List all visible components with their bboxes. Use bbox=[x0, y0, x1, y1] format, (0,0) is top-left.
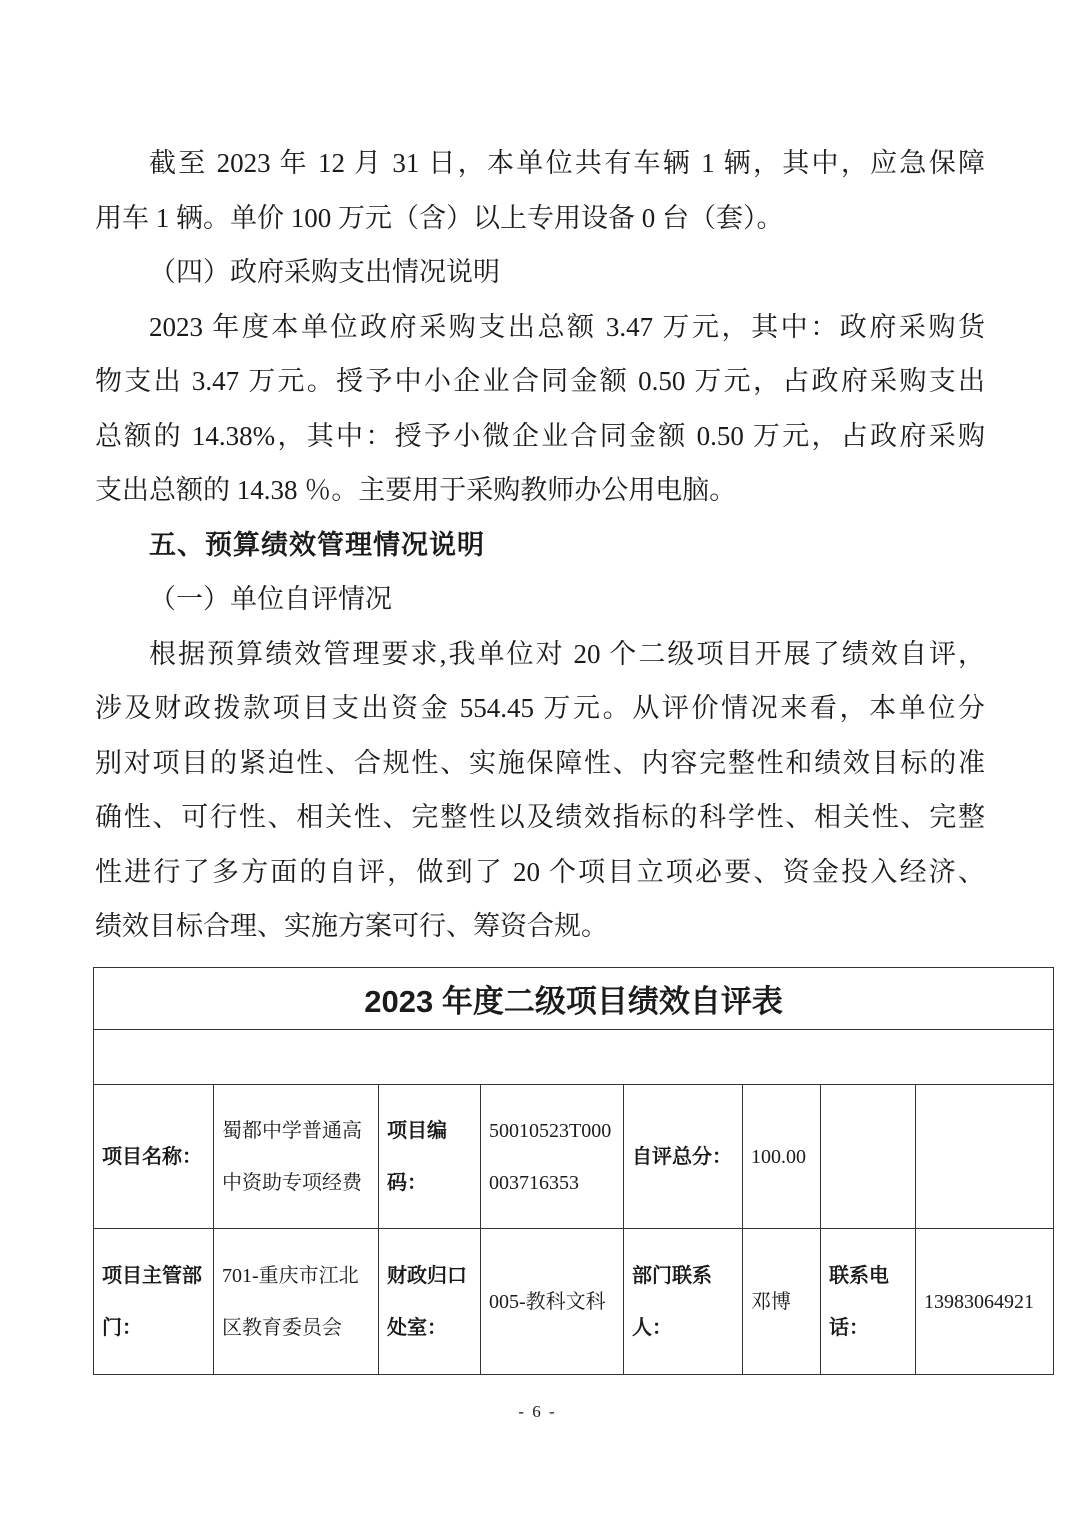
empty-cell bbox=[916, 1085, 1054, 1229]
contact-phone-value: 13983064921 bbox=[916, 1229, 1054, 1375]
project-code-value: 50010523T000003716353 bbox=[481, 1085, 624, 1229]
empty-cell bbox=[821, 1085, 916, 1229]
self-score-value: 100.00 bbox=[743, 1085, 821, 1229]
project-name-value: 蜀都中学普通高中资助专项经费 bbox=[214, 1085, 379, 1229]
body-line: 总额的 14.38%，其中：授予小微企业合同金额 0.50 万元，占政府采购 bbox=[95, 409, 985, 464]
body-line: 确性、可行性、相关性、完整性以及绩效指标的科学性、相关性、完整 bbox=[95, 790, 985, 845]
contact-phone-label: 联系电话： bbox=[821, 1229, 916, 1375]
body-line: 别对项目的紧迫性、合规性、实施保障性、内容完整性和绩效目标的准 bbox=[95, 736, 985, 791]
table-spacer-row bbox=[94, 1030, 1054, 1085]
subsection-heading: （四）政府采购支出情况说明 bbox=[95, 245, 985, 300]
finance-office-value: 005-教科文科 bbox=[481, 1229, 624, 1375]
project-code-label: 项目编码： bbox=[379, 1085, 481, 1229]
body-line: 根据预算绩效管理要求,我单位对 20 个二级项目开展了绩效自评， bbox=[95, 627, 985, 682]
section-heading: 五、预算绩效管理情况说明 bbox=[95, 518, 985, 573]
table-row: 项目主管部门： 701-重庆市江北区教育委员会 财政归口处室： 005-教科文科… bbox=[94, 1229, 1054, 1375]
body-line: 性进行了多方面的自评，做到了 20 个项目立项必要、资金投入经济、 bbox=[95, 845, 985, 900]
body-line: 截至 2023 年 12 月 31 日，本单位共有车辆 1 辆，其中，应急保障 bbox=[95, 136, 985, 191]
project-name-label: 项目名称： bbox=[94, 1085, 214, 1229]
supervisor-dept-value: 701-重庆市江北区教育委员会 bbox=[214, 1229, 379, 1375]
table-row: 项目名称： 蜀都中学普通高中资助专项经费 项目编码： 50010523T0000… bbox=[94, 1085, 1054, 1229]
body-line: 绩效目标合理、实施方案可行、筹资合规。 bbox=[95, 899, 985, 954]
subsection-heading: （一）单位自评情况 bbox=[95, 572, 985, 627]
self-evaluation-table: 2023 年度二级项目绩效自评表 项目名称： 蜀都中学普通高中资助专项经费 项目… bbox=[93, 967, 1054, 1375]
document-page: 截至 2023 年 12 月 31 日，本单位共有车辆 1 辆，其中，应急保障 … bbox=[0, 0, 1075, 1520]
contact-person-label: 部门联系人： bbox=[624, 1229, 743, 1375]
self-score-label: 自评总分： bbox=[624, 1085, 743, 1229]
body-line: 用车 1 辆。单价 100 万元（含）以上专用设备 0 台（套）。 bbox=[95, 191, 985, 246]
body-line: 2023 年度本单位政府采购支出总额 3.47 万元，其中：政府采购货 bbox=[95, 300, 985, 355]
contact-person-value: 邓博 bbox=[743, 1229, 821, 1375]
body-line: 支出总额的 14.38 ％。主要用于采购教师办公用电脑。 bbox=[95, 463, 985, 518]
finance-office-label: 财政归口处室： bbox=[379, 1229, 481, 1375]
body-line: 涉及财政拨款项目支出资金 554.45 万元。从评价情况来看，本单位分 bbox=[95, 681, 985, 736]
table-title: 2023 年度二级项目绩效自评表 bbox=[94, 968, 1054, 1030]
supervisor-dept-label: 项目主管部门： bbox=[94, 1229, 214, 1375]
body-line: 物支出 3.47 万元。授予中小企业合同金额 0.50 万元，占政府采购支出 bbox=[95, 354, 985, 409]
body-text-block: 截至 2023 年 12 月 31 日，本单位共有车辆 1 辆，其中，应急保障 … bbox=[95, 136, 985, 954]
page-number: - 6 - bbox=[0, 1402, 1075, 1422]
